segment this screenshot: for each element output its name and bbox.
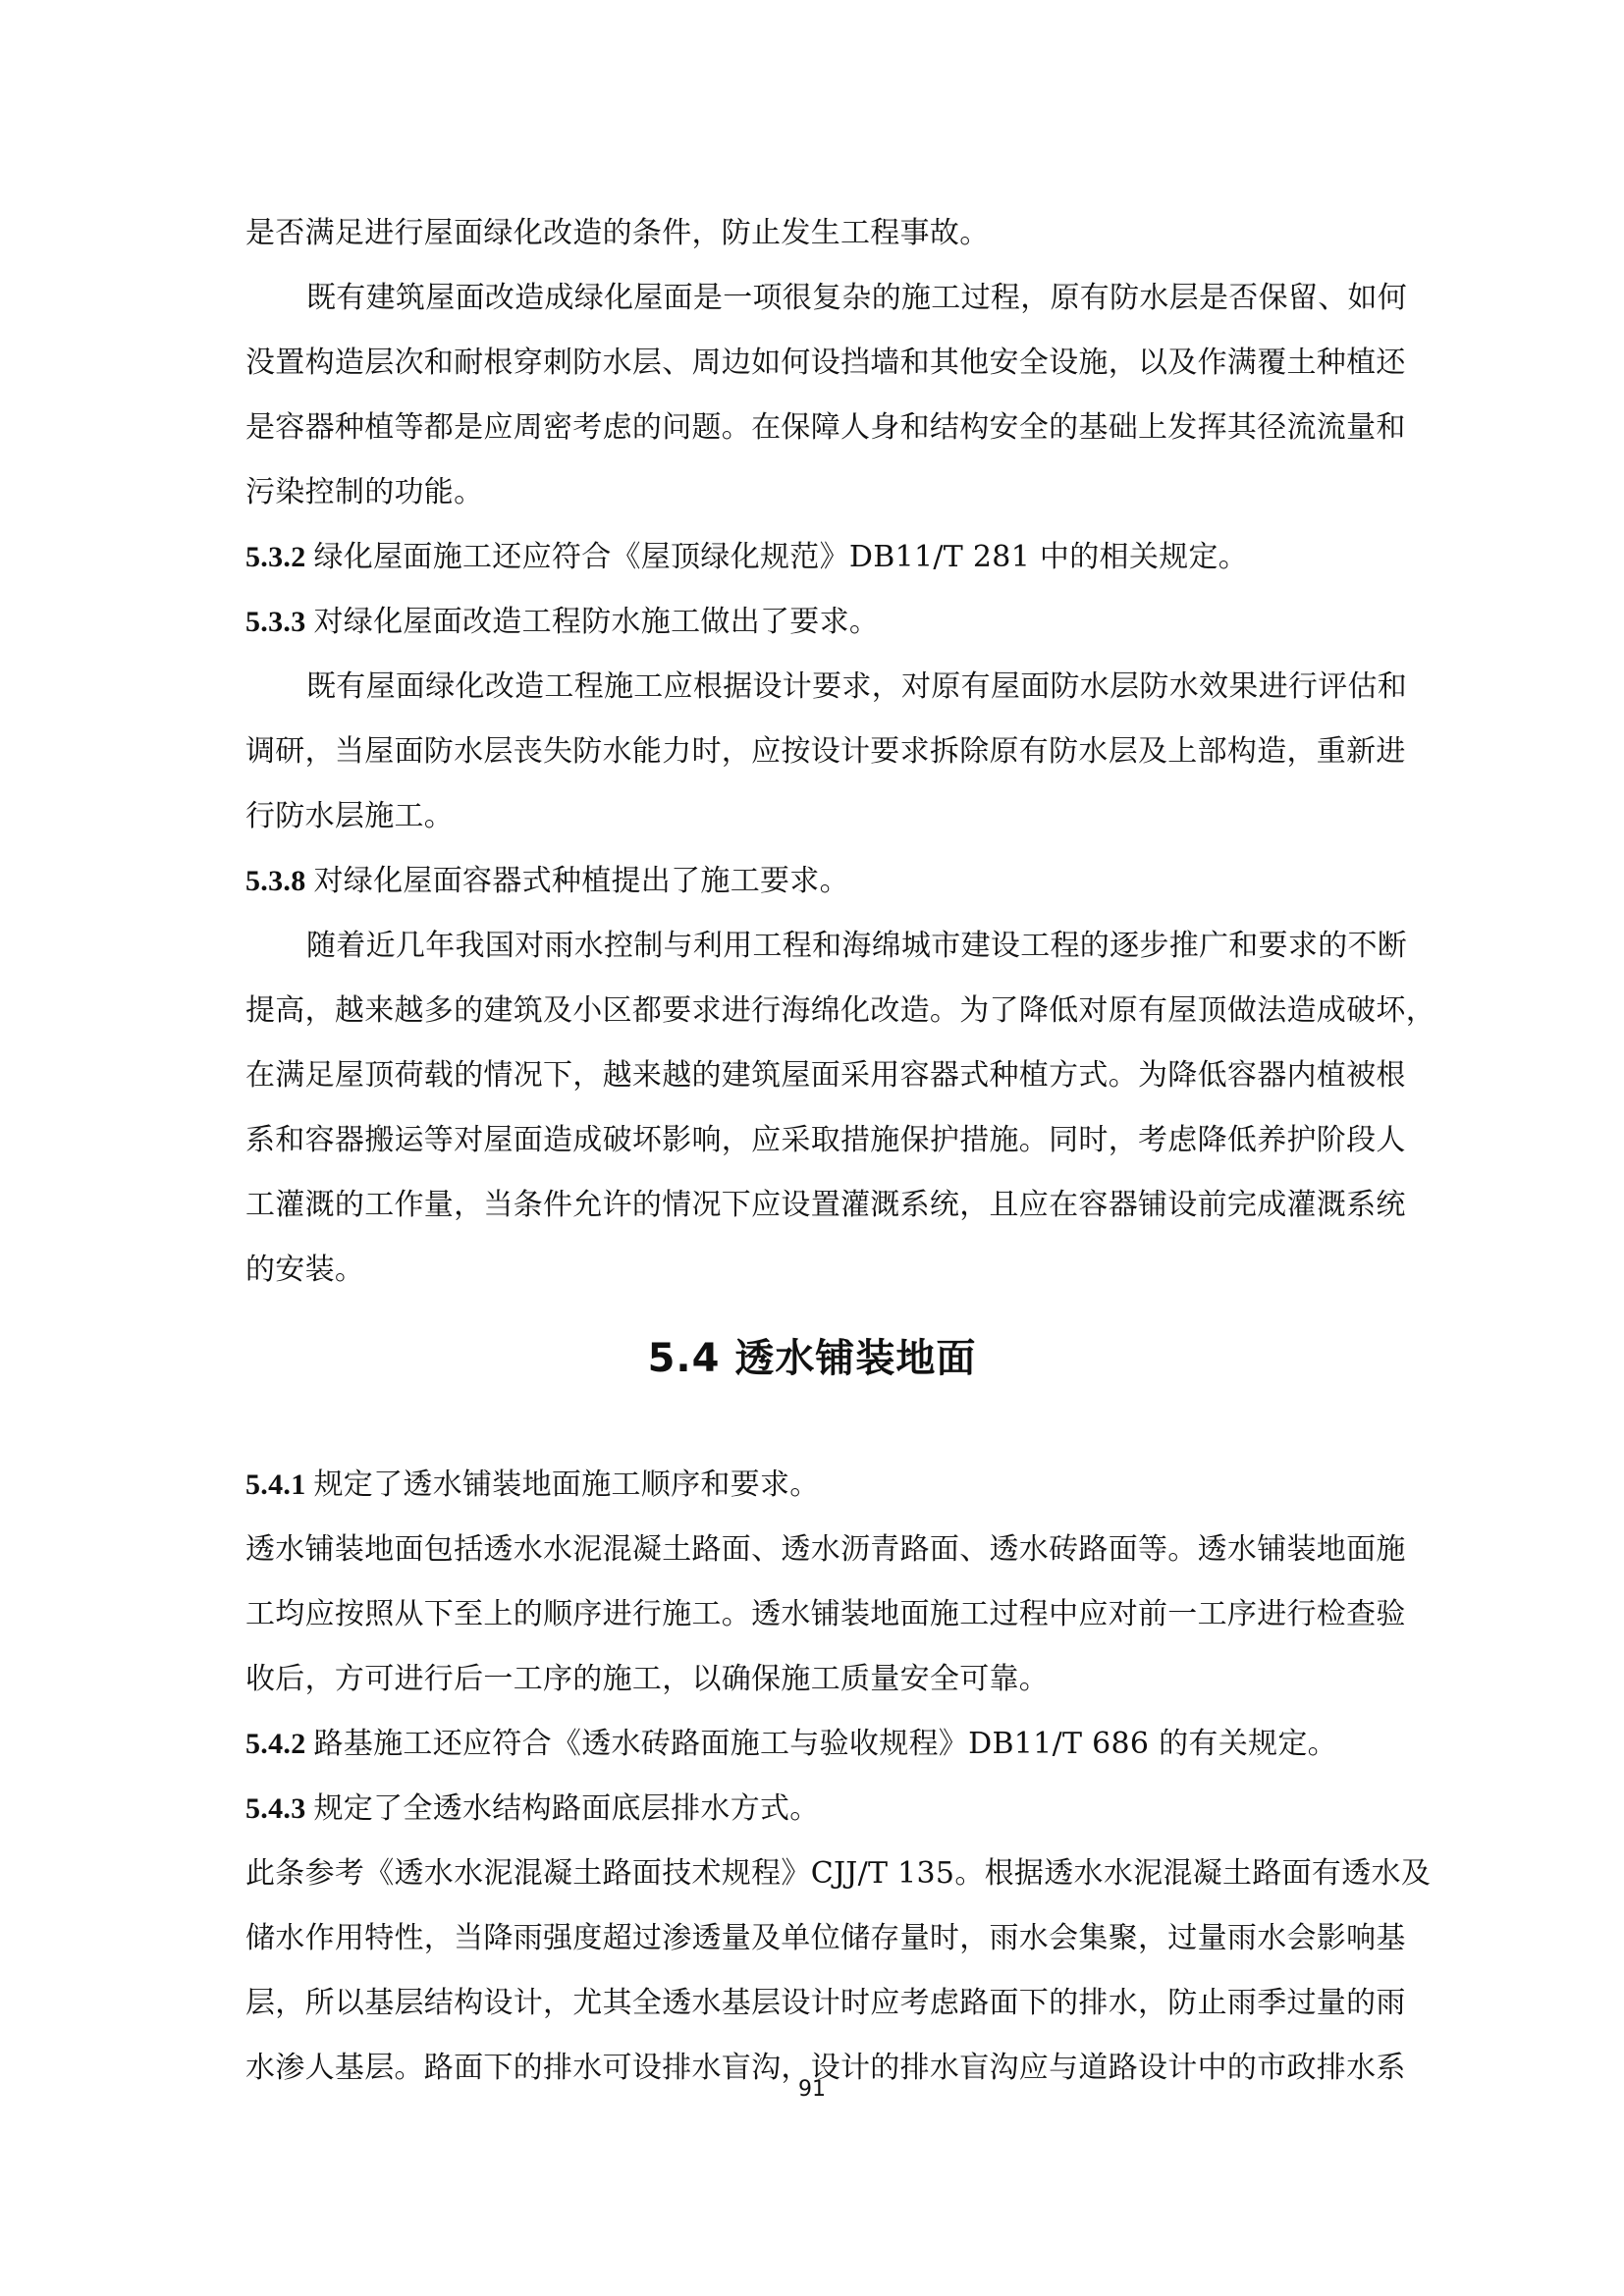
paragraph-line: 储水作用特性，当降雨强度超过渗透量及单位储存量时，雨水会集聚，过量雨水会影响基	[245, 1906, 1375, 1971]
clause-number: 5.3.3	[245, 606, 306, 638]
paragraph-line: 系和容器搬运等对屋面造成破坏影响，应采取措施保护措施。同时，考虑降低养护阶段人	[245, 1108, 1375, 1173]
paragraph-line: 工灌溉的工作量，当条件允许的情况下应设置灌溉系统，且应在容器铺设前完成灌溉系统	[245, 1173, 1375, 1238]
clause-5-4-2: 5.4.2路基施工还应符合《透水砖路面施工与验收规程》DB11/T 686 的有…	[245, 1712, 1375, 1777]
paragraph-line: 是容器种植等都是应周密考虑的问题。在保障人身和结构安全的基础上发挥其径流流量和	[245, 396, 1375, 460]
clause-5-4-1: 5.4.1规定了透水铺装地面施工顺序和要求。	[245, 1453, 1375, 1518]
clause-5-3-8: 5.3.8对绿化屋面容器式种植提出了施工要求。	[245, 849, 1375, 914]
section-heading: 5.4 透水铺装地面	[0, 1327, 1624, 1383]
paragraph-line: 工均应按照从下至上的顺序进行施工。透水铺装地面施工过程中应对前一工序进行检查验	[245, 1582, 1375, 1647]
paragraph-line: 污染控制的功能。	[245, 460, 1375, 525]
document-body-block-1: 是否满足进行屋面绿化改造的条件，防止发生工程事故。 既有建筑屋面改造成绿化屋面是…	[245, 201, 1375, 1303]
document-body-block-2: 5.4.1规定了透水铺装地面施工顺序和要求。 透水铺装地面包括透水水泥混凝土路面…	[245, 1453, 1375, 2101]
clause-text: 规定了全透水结构路面底层排水方式。	[314, 1791, 820, 1826]
clause-text: 对绿化屋面容器式种植提出了施工要求。	[314, 864, 849, 898]
clause-number: 5.3.8	[245, 865, 306, 897]
paragraph-line: 随着近几年我国对雨水控制与利用工程和海绵城市建设工程的逐步推广和要求的不断	[245, 914, 1375, 979]
clause-5-3-3: 5.3.3对绿化屋面改造工程防水施工做出了要求。	[245, 590, 1375, 655]
clause-text: 路基施工还应符合《透水砖路面施工与验收规程》DB11/T 686 的有关规定。	[314, 1727, 1337, 1761]
page-number: 91	[0, 2077, 1624, 2102]
clause-text: 规定了透水铺装地面施工顺序和要求。	[314, 1468, 820, 1502]
clause-text: 绿化屋面施工还应符合《屋顶绿化规范》DB11/T 281 中的相关规定。	[314, 540, 1249, 574]
clause-text: 对绿化屋面改造工程防水施工做出了要求。	[314, 605, 880, 639]
paragraph-line: 层，所以基层结构设计，尤其全透水基层设计时应考虑路面下的排水，防止雨季过量的雨	[245, 1971, 1375, 2036]
paragraph-line: 提高，越来越多的建筑及小区都要求进行海绵化改造。为了降低对原有屋顶做法造成破坏，	[245, 979, 1375, 1043]
paragraph-line: 既有屋面绿化改造工程施工应根据设计要求，对原有屋面防水层防水效果进行评估和	[245, 655, 1375, 720]
clause-number: 5.4.3	[245, 1792, 306, 1825]
paragraph-line: 透水铺装地面包括透水水泥混凝土路面、透水沥青路面、透水砖路面等。透水铺装地面施	[245, 1518, 1375, 1582]
clause-5-3-2: 5.3.2绿化屋面施工还应符合《屋顶绿化规范》DB11/T 281 中的相关规定…	[245, 525, 1375, 590]
paragraph-line: 在满足屋顶荷载的情况下，越来越的建筑屋面采用容器式种植方式。为降低容器内植被根	[245, 1043, 1375, 1108]
paragraph-line: 的安装。	[245, 1238, 1375, 1303]
paragraph-line: 是否满足进行屋面绿化改造的条件，防止发生工程事故。	[245, 201, 1375, 266]
clause-number: 5.4.1	[245, 1468, 306, 1501]
paragraph-line: 既有建筑屋面改造成绿化屋面是一项很复杂的施工过程，原有防水层是否保留、如何	[245, 266, 1375, 331]
paragraph-line: 收后，方可进行后一工序的施工，以确保施工质量安全可靠。	[245, 1647, 1375, 1712]
paragraph-line: 行防水层施工。	[245, 784, 1375, 849]
clause-number: 5.4.2	[245, 1728, 306, 1760]
paragraph-line: 没置构造层次和耐根穿刺防水层、周边如何设挡墙和其他安全设施，以及作满覆土种植还	[245, 331, 1375, 396]
paragraph-line: 调研，当屋面防水层丧失防水能力时，应按设计要求拆除原有防水层及上部构造，重新进	[245, 720, 1375, 784]
clause-5-4-3: 5.4.3规定了全透水结构路面底层排水方式。	[245, 1777, 1375, 1842]
paragraph-line: 此条参考《透水水泥混凝土路面技术规程》CJJ/T 135。根据透水水泥混凝土路面…	[245, 1842, 1375, 1906]
clause-number: 5.3.2	[245, 541, 306, 573]
